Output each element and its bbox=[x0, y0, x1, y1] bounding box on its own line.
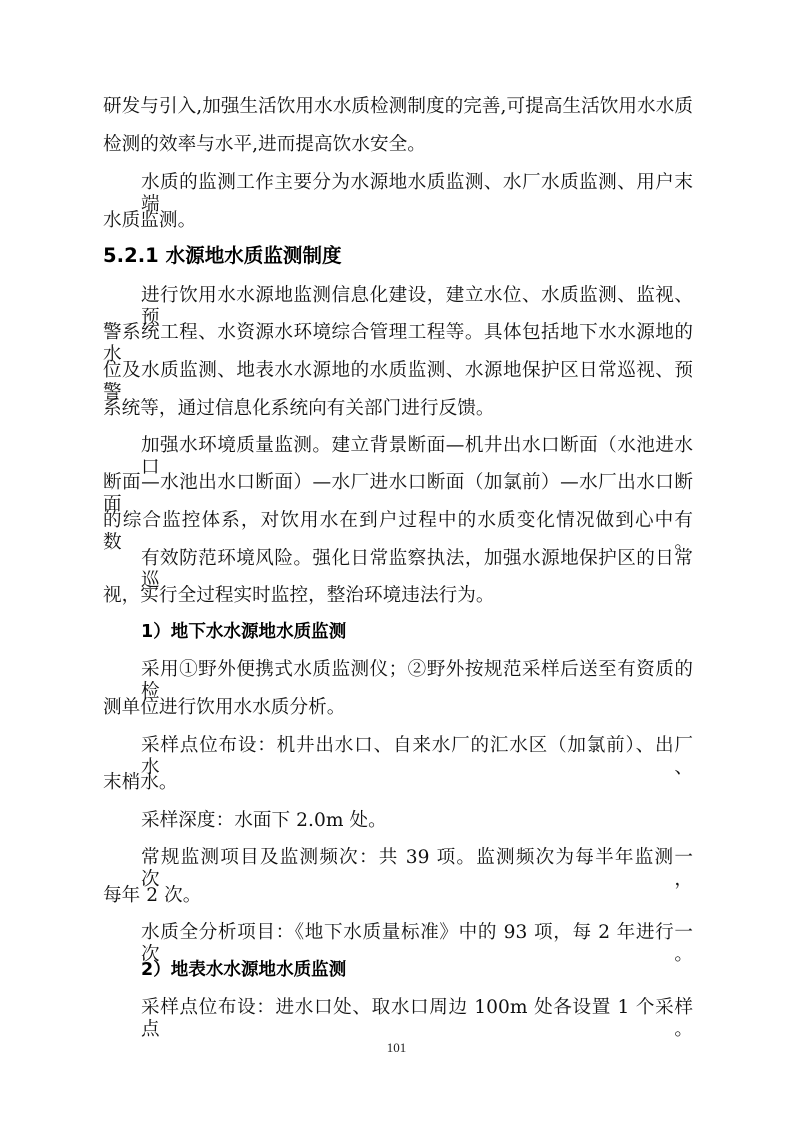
subsection-heading: 2）地表水水源地水质监测 bbox=[141, 959, 693, 981]
page-number: 101 bbox=[0, 1040, 793, 1056]
paragraph-line: 检测的效率与水平,进而提高饮水安全。 bbox=[103, 134, 693, 156]
paragraph-line: 研发与引入,加强生活饮用水水质检测制度的完善,可提高生活饮用水水质 bbox=[103, 96, 693, 118]
paragraph-line: 每年 2 次。 bbox=[103, 885, 693, 907]
document-page: 研发与引入,加强生活饮用水水质检测制度的完善,可提高生活饮用水水质 检测的效率与… bbox=[0, 0, 793, 1122]
paragraph-line: 测单位进行饮用水水质分析。 bbox=[103, 697, 693, 719]
paragraph-line: 视，实行全过程实时监控，整治环境违法行为。 bbox=[103, 585, 693, 607]
subsection-heading: 1）地下水水源地水质监测 bbox=[141, 621, 693, 643]
paragraph-line: 水质监测。 bbox=[103, 210, 693, 232]
paragraph-line: 采样深度：水面下 2.0m 处。 bbox=[141, 810, 693, 832]
section-heading: 5.2.1 水源地水质监测制度 bbox=[103, 245, 693, 267]
paragraph-line: 系统等，通过信息化系统向有关部门进行反馈。 bbox=[103, 398, 693, 420]
paragraph-line: 末梢水。 bbox=[103, 772, 693, 794]
paragraph-line: 采样点位布设：进水口处、取水口周边 100m 处各设置 1 个采样点。 bbox=[141, 997, 693, 1041]
